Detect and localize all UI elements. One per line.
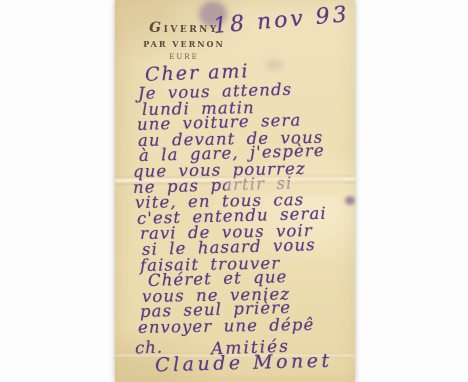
- signature: Claude Monet: [155, 350, 333, 377]
- faded-ink-area: [227, 178, 343, 195]
- ink-smudge: [265, 60, 283, 70]
- letter-paper: GIVERNY PAR VERNON EURE 18 nov 93 Cher a…: [115, 0, 355, 382]
- letter-line: envoyer une dépê: [138, 316, 348, 335]
- scan-background: { "colors": { "paper": "#eedfb4", "ink":…: [0, 0, 468, 382]
- letter-body: Je vous attends lundi matin une voiture …: [133, 86, 348, 336]
- letterhead-sub: PAR VERNON: [129, 39, 239, 49]
- ink-smudge: [345, 196, 355, 205]
- handwritten-date: 18 nov 93: [212, 2, 350, 39]
- letterhead-region: EURE: [129, 53, 239, 61]
